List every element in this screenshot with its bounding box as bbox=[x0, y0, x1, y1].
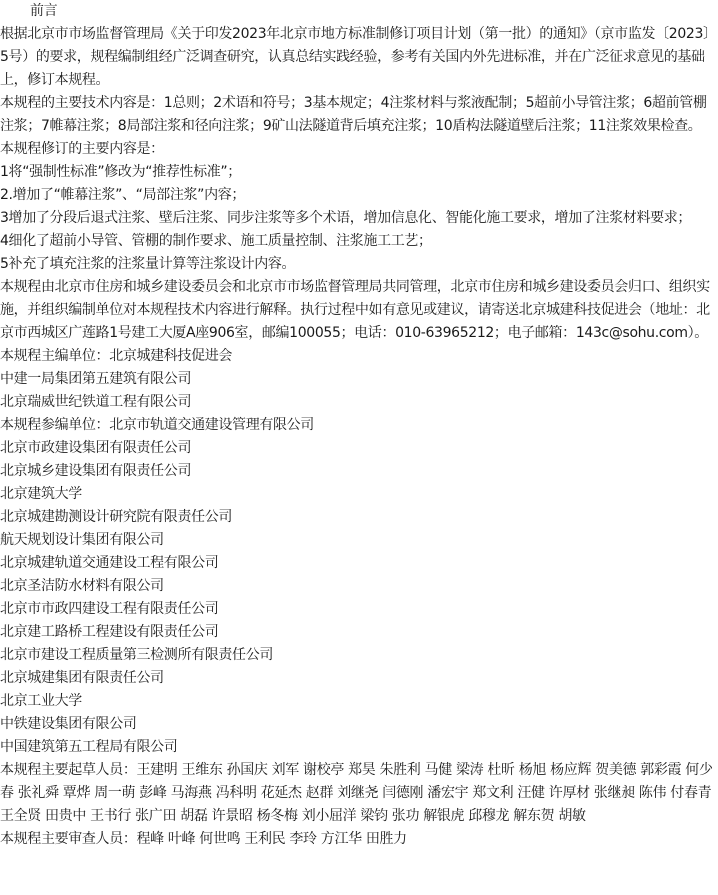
participant-unit: 北京建工路桥工程建设有限责任公司 bbox=[0, 621, 718, 644]
intro-paragraph: 根据北京市市场监督管理局《关于印发2023年北京市地方标准制修订项目计划（第一批… bbox=[0, 23, 718, 92]
participant-unit: 中国建筑第五工程局有限公司 bbox=[0, 736, 718, 759]
main-content-paragraph: 本规程的主要技术内容是：1总则；2术语和符号；3基本规定；4注浆材料与浆液配制；… bbox=[0, 92, 718, 138]
participant-unit: 北京城建勘测设计研究院有限责任公司 bbox=[0, 506, 718, 529]
participant-line: 本规程参编单位：北京市轨道交通建设管理有限公司 bbox=[0, 414, 718, 437]
drafters-paragraph: 本规程主要起草人员：王建明 王维东 孙国庆 刘军 谢校亭 郑昊 朱胜利 马健 梁… bbox=[0, 759, 718, 828]
participant-unit: 北京建筑大学 bbox=[0, 483, 718, 506]
revision-item: 4细化了超前小导管、管棚的制作要求、施工质量控制、注浆施工工艺； bbox=[0, 230, 718, 253]
revision-item: 2.增加了“帷幕注浆”、“局部注浆”内容； bbox=[0, 184, 718, 207]
participant-unit: 北京城乡建设集团有限责任公司 bbox=[0, 460, 718, 483]
revision-item: 5补充了填充注浆的注浆量计算等注浆设计内容。 bbox=[0, 253, 718, 276]
participant-unit: 北京城建轨道交通建设工程有限公司 bbox=[0, 552, 718, 575]
participant-unit: 北京市市政四建设工程有限责任公司 bbox=[0, 598, 718, 621]
revision-item: 3增加了分段后退式注浆、壁后注浆、同步注浆等多个术语，增加信息化、智能化施工要求… bbox=[0, 207, 718, 230]
participant-unit: 北京市建设工程质量第三检测所有限责任公司 bbox=[0, 644, 718, 667]
revision-item: 1将“强制性标准”修改为“推荐性标准”； bbox=[0, 161, 718, 184]
reviewers-paragraph: 本规程主要审查人员：程峰 叶峰 何世鸣 王利民 李玲 方江华 田胜力 bbox=[0, 828, 718, 851]
participant-unit: 北京圣洁防水材料有限公司 bbox=[0, 575, 718, 598]
participant-unit: 中铁建设集团有限公司 bbox=[0, 713, 718, 736]
participant-unit: 北京城建集团有限责任公司 bbox=[0, 667, 718, 690]
chief-editor-line: 本规程主编单位：北京城建科技促进会 bbox=[0, 345, 718, 368]
section-title: 前言 bbox=[0, 0, 718, 23]
chief-editor-unit: 中建一局集团第五建筑有限公司 bbox=[0, 368, 718, 391]
document-body: 前言 根据北京市市场监督管理局《关于印发2023年北京市地方标准制修订项目计划（… bbox=[0, 0, 718, 851]
revision-heading: 本规程修订的主要内容是： bbox=[0, 138, 718, 161]
chief-editor-unit: 北京瑞威世纪铁道工程有限公司 bbox=[0, 391, 718, 414]
participant-unit: 北京市政建设集团有限责任公司 bbox=[0, 437, 718, 460]
participant-unit: 航天规划设计集团有限公司 bbox=[0, 529, 718, 552]
management-paragraph: 本规程由北京市住房和城乡建设委员会和北京市市场监督管理局共同管理，北京市住房和城… bbox=[0, 276, 718, 345]
participant-unit: 北京工业大学 bbox=[0, 690, 718, 713]
